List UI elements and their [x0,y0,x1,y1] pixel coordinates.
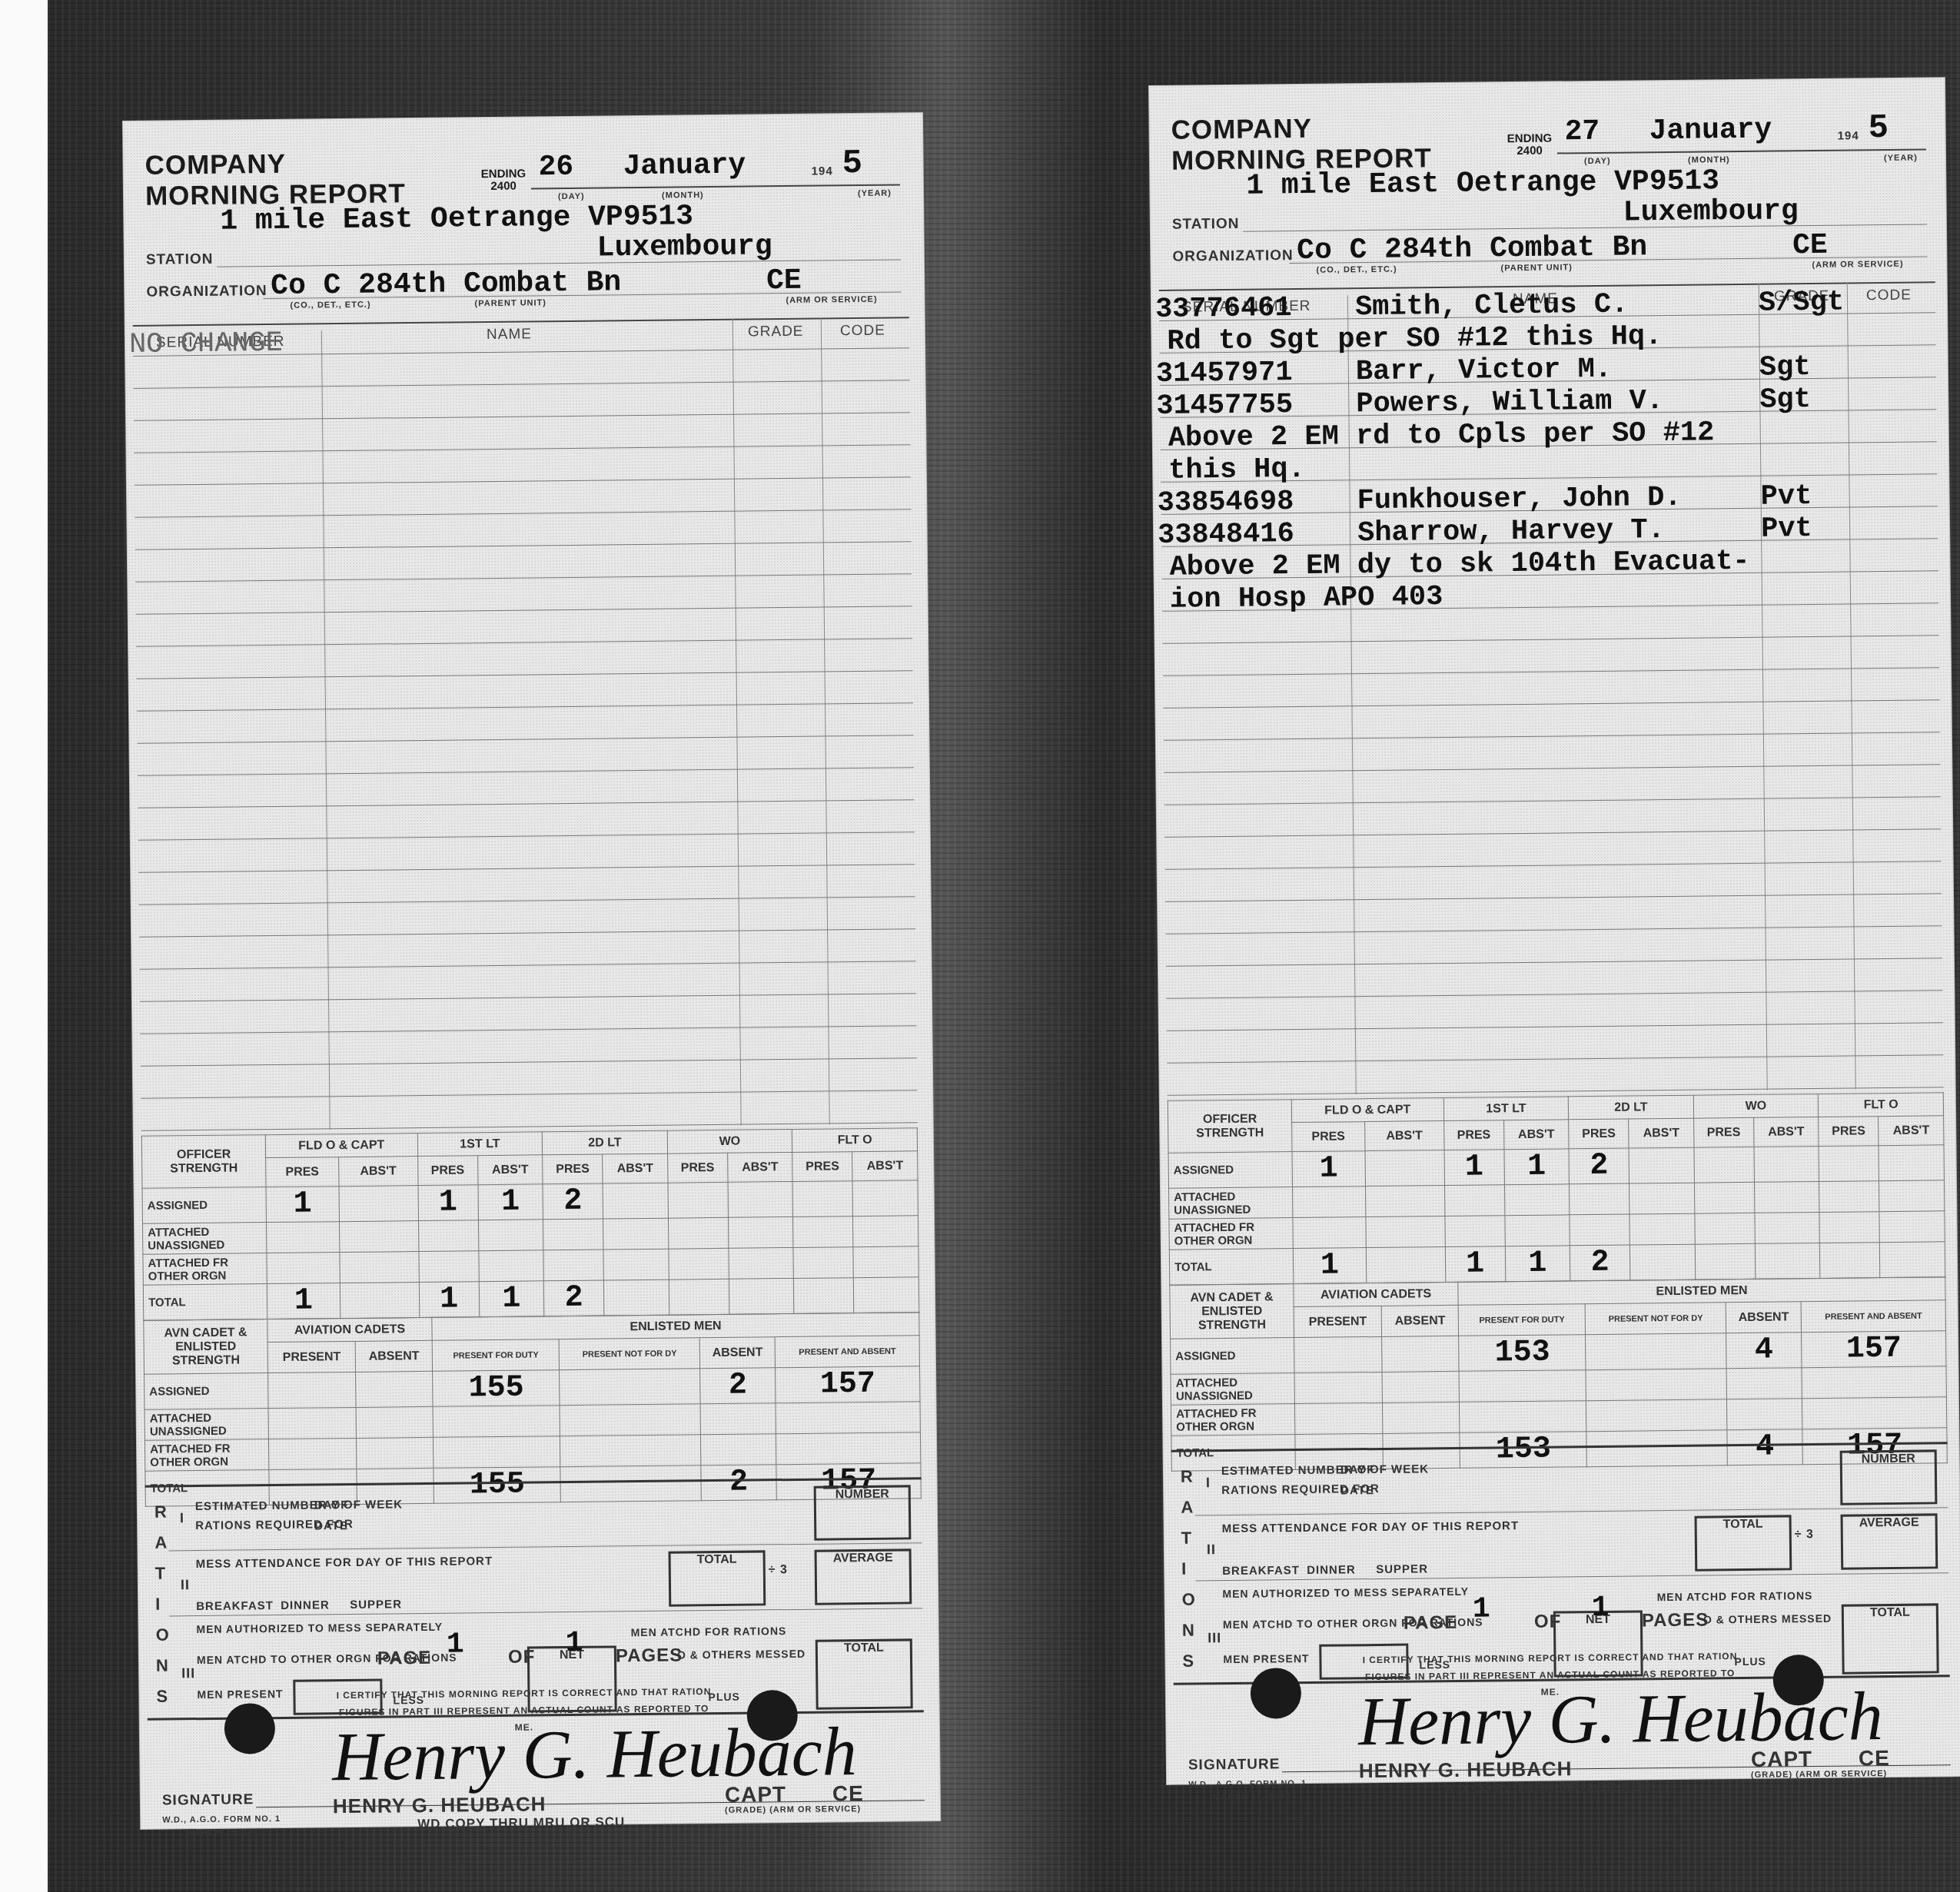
org-caption-parent: (PARENT UNIT) [1500,263,1573,273]
average-box: AVERAGE [1841,1513,1938,1569]
officer-count-cell [729,1278,794,1314]
officer-count-cell [669,1248,729,1280]
officer-count-cell [793,1247,853,1279]
signer-service: CE [1859,1746,1890,1771]
pages-label: PAGES [616,1645,683,1667]
enlisted-count-cell: 4 [1726,1333,1802,1369]
supper-label: SUPPER [1376,1562,1428,1576]
ruled-line [137,670,913,679]
officer-count-cell [1630,1244,1696,1280]
aviation-cadets-header: AVIATION CADETS [267,1317,432,1342]
soldier-grade: Pvt [1760,480,1812,513]
soldier-name: Powers, William V. [1356,385,1663,420]
enlisted-count-cell: 155 [433,1370,560,1407]
report-year-digit: 5 [842,144,862,183]
signer-grade: CAPT [725,1782,787,1807]
men-atchd-for-rations-label: MEN ATCHD FOR RATIONS [631,1625,787,1638]
pres-header: PRES [417,1156,477,1186]
officer-count-cell [1879,1211,1945,1243]
abst-header: ABS'T [603,1153,668,1183]
officer-count-cell [1820,1243,1880,1279]
ruled-line [135,444,911,453]
officer-count-cell: 1 [1504,1149,1570,1185]
officer-count-cell [728,1217,793,1248]
enlisted-count-cell: 153 [1459,1335,1586,1372]
org-caption-arm: (ARM OR SERVICE) [1812,260,1903,270]
ruled-line [1163,667,1939,676]
year-caption: (YEAR) [1884,154,1918,163]
enlisted-strength-table: AVN CADET & ENLISTED STRENGTHAVIATION CA… [1169,1276,1947,1472]
page-label: PAGE [377,1648,432,1670]
officer-count-cell [668,1217,728,1249]
ruled-line [137,735,913,744]
enlisted-count-cell [1802,1366,1946,1399]
report-day: 27 [1564,115,1600,148]
row-label: ASSIGNED [1171,1338,1294,1375]
officer-count-cell: 1 [1293,1248,1366,1284]
serial-number: 33848416 [1158,518,1294,552]
pres-header: PRES [667,1153,727,1183]
divide-by-three: ÷ 3 [769,1563,788,1577]
enlisted-subheader: PRESENT NOT FOR DY [560,1338,700,1370]
enlisted-subheader: PRESENT AND ABSENT [775,1336,919,1368]
officer-count-cell [339,1186,418,1222]
col-name: NAME [487,326,532,344]
station-line-2: Luxembourg [597,230,772,264]
date-line [531,184,900,189]
officer-count-cell [543,1250,603,1281]
ruled-line [138,799,914,808]
officer-count-cell [853,1216,919,1247]
ruled-line [1166,958,1942,967]
officer-count-cell [1445,1216,1505,1247]
ruled-line [138,831,915,841]
officer-count-cell [669,1279,729,1315]
enlisted-subheader: PRESENT NOT FOR DY [1586,1303,1726,1335]
enlisted-count-cell: 2 [699,1368,776,1404]
remark-line: Above 2 EM rd to Cpls per SO #12 [1168,417,1715,454]
officer-count-cell [1879,1145,1944,1181]
date-label: DATE [314,1519,348,1532]
enlisted-subheader: PRESENT FOR DUTY [1458,1304,1586,1336]
col-grade: GRADE [748,324,804,341]
men-present-label: MEN PRESENT [197,1688,283,1701]
org-caption-company: (CO., DET., ETC.) [1316,265,1397,275]
section-iii-label: III [1208,1630,1221,1646]
aviation-cadets-header: AVIATION CADETS [1294,1282,1458,1306]
enlisted-count-cell [560,1369,700,1406]
row-label: ASSIGNED [142,1187,266,1224]
enlisted-count-cell [434,1436,561,1469]
mess-total-box: TOTAL [669,1550,766,1606]
enlisted-subheader: ABSENT [699,1337,776,1369]
pres-header: PRES [1443,1120,1503,1150]
officer-count-cell: 2 [1569,1148,1629,1184]
ruled-line [138,767,914,776]
officer-count-cell: 1 [1444,1150,1504,1186]
row-label: TOTAL [143,1284,267,1321]
officer-count-cell [792,1181,852,1217]
officer-count-cell [1629,1213,1695,1245]
soldier-grade: Sgt [1759,351,1811,384]
officer-count-cell [1819,1146,1879,1182]
row-label: TOTAL [1169,1249,1293,1286]
officer-count-cell [1695,1243,1755,1280]
mess-total-box: TOTAL [1695,1515,1792,1571]
ruled-line [136,606,912,615]
remark-line: this Hq. [1168,453,1305,487]
officer-count-cell [340,1252,419,1283]
enlisted-count-cell [1382,1371,1459,1402]
rations-side-label: RATIONS [1181,1461,1198,1676]
organization-label: ORGANIZATION [146,283,267,301]
officer-strength-table: OFFICER STRENGTHFLD O & CAPT1ST LT2D LTW… [1168,1092,1945,1286]
average-box: AVERAGE [815,1548,912,1605]
pres-header: PRES [543,1154,603,1184]
soldier-grade: S/Sgt [1759,287,1844,320]
abst-header: ABS'T [852,1151,918,1181]
ruled-line [135,541,912,550]
of-label: OF [1534,1611,1562,1632]
ruled-line [137,702,913,712]
abst-header: ABS'T [1503,1120,1569,1150]
men-atchd-for-rations-label: MEN ATCHD FOR RATIONS [1657,1589,1813,1603]
enlisted-count-cell [700,1403,776,1435]
serial-number: 33854698 [1157,486,1294,519]
enlisted-count-cell [700,1434,776,1465]
enlisted-count-cell [357,1437,434,1469]
enlisted-count-cell [1726,1399,1802,1430]
ruled-line [1165,893,1942,902]
dinner-label: DINNER [1307,1563,1356,1577]
ruled-line [140,1025,916,1034]
year-prefix: 194 [812,164,833,178]
officer-count-cell: 1 [1292,1151,1365,1187]
row-label: ASSIGNED [145,1373,268,1410]
officer-group-header: 2D LT [543,1130,668,1155]
row-label: ATTACHED FR OTHER ORGN [145,1439,268,1472]
enlisted-subheader: ABSENT [355,1340,432,1372]
abst-header: ABS'T [1629,1118,1694,1148]
officer-count-cell [1293,1217,1366,1249]
enlisted-count-cell [1294,1372,1383,1403]
officer-count-cell [267,1253,340,1284]
day-caption: (DAY) [1584,157,1611,166]
officer-count-cell [1819,1181,1879,1213]
ruled-line [140,961,916,970]
officer-count-cell [1819,1212,1879,1243]
officer-count-cell [478,1220,543,1251]
number-box: NUMBER [814,1485,912,1540]
ruled-line [135,573,912,583]
officer-group-header: 1ST LT [417,1132,543,1157]
officer-count-cell [339,1221,418,1253]
enlisted-count-cell [560,1404,700,1436]
form-number: W.D., A.G.O. FORM NO. 1 [162,1814,281,1825]
supper-label: SUPPER [350,1598,402,1612]
form-number: W.D., A.G.O. FORM NO. 1 [1188,1779,1307,1790]
report-month: January [1649,114,1772,148]
abst-header: ABS'T [1879,1116,1944,1146]
officer-count-cell: 1 [478,1184,543,1220]
ending-label: ENDING2400 [1507,133,1553,158]
enlisted-subheader: ABSENT [1726,1302,1802,1333]
ruled-line [1164,764,1940,773]
org-caption-company: (CO., DET., ETC.) [290,300,370,310]
enlisted-strength-label: AVN CADET & ENLISTED STRENGTH [1170,1284,1294,1339]
morning-report-form: COMPANYMORNING REPORT ENDING2400 27 Janu… [1149,78,1960,1784]
officer-count-cell [603,1218,669,1250]
enlisted-count-cell [268,1407,357,1439]
ruled-line [139,896,915,905]
scan-margin [0,0,48,1892]
grade-caption: (GRADE) (ARM OR SERVICE) [1751,1769,1887,1780]
enlisted-subheader: PRESENT FOR DUTY [432,1339,560,1372]
ruled-line [140,993,916,1002]
form-date: MARCH 15, 1943 [1213,1792,1291,1802]
enlisted-count-cell [560,1435,701,1467]
enlisted-count-cell: 157 [776,1366,920,1403]
enlisted-count-cell [776,1432,921,1465]
copy-note: WD COPY THRU MRU OR SCU [417,1814,625,1832]
row-label: ASSIGNED [1168,1152,1292,1189]
of-label: OF [508,1646,536,1668]
officer-count-cell [1629,1147,1694,1183]
officer-group-header: FLT O [1819,1093,1944,1117]
breakfast-label: BREAKFAST [1222,1564,1300,1578]
officer-group-header: FLT O [792,1128,918,1153]
row-label: ATTACHED UNASSIGNED [145,1409,268,1441]
code-divider [821,317,830,1124]
soldier-grade: Sgt [1759,383,1811,417]
page-number: 1 [447,1628,464,1661]
row-label: ATTACHED UNASSIGNED [1169,1187,1293,1220]
ending-label: ENDING2400 [481,168,527,194]
ruled-line [135,509,911,518]
officer-count-cell [603,1249,669,1280]
enlisted-count-cell [1294,1336,1383,1373]
station-label: STATION [1172,216,1240,234]
row-label: ATTACHED FR OTHER ORGN [143,1253,267,1286]
officer-count-cell [1695,1213,1755,1244]
serial-number: 31457755 [1156,389,1293,423]
officer-group-header: 1ST LT [1443,1097,1569,1121]
binder-hole-left [224,1703,276,1754]
organization-label: ORGANIZATION [1172,247,1294,266]
enlisted-count-cell [1382,1336,1459,1372]
enlisted-count-cell [268,1438,357,1469]
officer-count-cell [1694,1182,1754,1213]
ruled-line [1167,1022,1943,1031]
officer-count-cell [852,1180,918,1217]
officer-count-cell [1570,1214,1629,1246]
section-ii-label: II [1207,1542,1216,1558]
form-date: MARCH 15, 1943 [187,1827,264,1837]
month-caption: (MONTH) [1688,155,1730,165]
officer-count-cell [1755,1243,1820,1279]
binder-hole-left [1251,1668,1302,1719]
month-caption: (MONTH) [662,191,704,201]
enlisted-count-cell [1802,1397,1947,1429]
remark-line: ion Hosp APO 403 [1170,581,1443,616]
officer-count-cell [1754,1146,1819,1182]
breakfast-label: BREAKFAST [196,1599,274,1613]
org-caption-parent: (PARENT UNIT) [474,298,546,308]
ruled-line [134,380,910,389]
year-caption: (YEAR) [858,189,892,198]
officer-count-cell [668,1182,728,1218]
enlisted-count-cell [1460,1401,1587,1433]
officer-count-cell: 2 [543,1183,603,1220]
enlisted-count-cell [1586,1333,1726,1370]
officer-count-cell [543,1219,603,1250]
grade-divider [733,319,742,1126]
officer-count-cell [603,1183,668,1219]
enlisted-count-cell [433,1406,560,1438]
dinner-label: DINNER [281,1598,330,1612]
rations-side-label: RATIONS [154,1496,172,1711]
ruled-line [1163,699,1939,709]
enlisted-count-cell [356,1406,433,1438]
officer-strength-label: OFFICER STRENGTH [141,1135,266,1189]
ration-total-box: TOTAL [816,1638,913,1709]
pres-header: PRES [1569,1119,1629,1149]
number-box: NUMBER [1840,1449,1938,1505]
pres-header: PRES [1693,1117,1753,1147]
men-authorized-label: MEN AUTHORIZED TO MESS SEPARATELY [1222,1585,1469,1600]
officer-count-cell: 1 [479,1281,544,1317]
ruled-line [1164,732,1940,741]
day-of-week-label: DAY OF WEEK [1340,1462,1429,1476]
serial-number: 31457971 [1156,357,1293,390]
ration-total-box: TOTAL [1842,1603,1939,1674]
officer-count-cell [1755,1212,1820,1243]
enlisted-count-cell [776,1402,920,1434]
section-ii-label: II [181,1577,190,1593]
officer-count-cell: 1 [266,1187,339,1223]
enlisted-count-cell [268,1372,357,1408]
serial-number: 33776461 [1155,292,1292,326]
pres-header: PRES [1292,1122,1365,1152]
enlisted-count-cell [1586,1399,1727,1432]
date-line [1557,148,1926,154]
ruled-line [1164,796,1941,805]
form-title: COMPANYMORNING REPORT [145,148,406,212]
copy-note: WD COPY THRU MRU OR SCU [1443,1779,1651,1797]
officer-count-cell [604,1280,669,1316]
row-label: ATTACHED UNASSIGNED [143,1223,267,1255]
officer-count-cell [1694,1147,1754,1183]
officer-strength-table: OFFICER STRENGTHFLD O & CAPT1ST LT2D LTW… [141,1127,919,1321]
morning-report-form: COMPANYMORNING REPORT ENDING2400 26 Janu… [123,113,940,1829]
abst-header: ABS'T [727,1152,792,1182]
officer-count-cell [1629,1183,1695,1214]
section-i-label: I [180,1510,184,1526]
report-day: 26 [538,151,573,184]
officer-count-cell: 1 [419,1282,479,1318]
officer-count-cell [794,1278,854,1314]
ruled-line [1166,990,1942,999]
signer-grade: CAPT [1751,1747,1813,1772]
officer-count-cell: 2 [544,1280,604,1316]
officer-count-cell [267,1222,340,1253]
officer-group-header: FLD O & CAPT [265,1134,417,1158]
enlisted-count-cell [1586,1369,1726,1401]
officer-count-cell [1879,1180,1945,1212]
report-month: January [623,149,746,184]
day-of-week-label: DAY OF WEEK [314,1498,403,1512]
row-label: ATTACHED FR OTHER ORGN [1171,1404,1294,1436]
divide-by-three: ÷ 3 [1795,1528,1814,1542]
o-others-messed-label: O & OTHERS MESSED [677,1648,806,1661]
report-year-digit: 5 [1868,109,1889,148]
officer-count-cell [1293,1187,1366,1218]
officer-count-cell [340,1283,419,1319]
o-others-messed-label: O & OTHERS MESSED [1703,1612,1832,1626]
code-divider [1847,282,1856,1089]
ruled-line [141,1090,917,1099]
section-iii-label: III [181,1665,195,1681]
total-pages: 1 [566,1627,583,1660]
officer-count-cell [1570,1183,1629,1215]
ruled-line [138,864,915,873]
abst-header: ABS'T [338,1157,417,1187]
officer-count-cell [1365,1186,1444,1217]
org-caption-arm: (ARM OR SERVICE) [786,295,877,305]
col-code: CODE [840,323,885,340]
officer-count-cell: 1 [1445,1246,1505,1283]
enlisted-count-cell [1459,1370,1586,1402]
soldier-name: Sharrow, Harvey T. [1357,514,1665,549]
enlisted-count-cell [1726,1368,1802,1399]
officer-count-cell [729,1247,794,1279]
ruled-line [141,1057,917,1067]
officer-count-cell [854,1277,919,1313]
officer-count-cell [793,1217,853,1248]
soldier-grade: Pvt [1761,513,1812,546]
form-title: COMPANYMORNING REPORT [1171,112,1432,177]
signer-name-typed: HENRY G. HEUBACH [333,1792,546,1818]
officer-count-cell [1504,1184,1570,1216]
officer-count-cell [1754,1181,1819,1213]
officer-count-cell [419,1251,479,1283]
remark-line: Rd to Sgt per SO #12 this Hq. [1167,320,1662,358]
ruled-line [139,928,915,938]
enlisted-subheader: PRESENT AND ABSENT [1801,1300,1945,1333]
officer-count-cell [1366,1247,1445,1283]
soldier-name: Smith, Cletus C. [1355,288,1629,324]
pres-header: PRES [792,1152,852,1182]
row-label: ATTACHED FR OTHER ORGN [1169,1218,1293,1250]
soldier-name: Funkhouser, John D. [1357,482,1681,517]
officer-count-cell [1365,1150,1444,1187]
grade-caption: (GRADE) (ARM OR SERVICE) [725,1804,861,1815]
enlisted-subheader: PRESENT [1294,1306,1382,1337]
signature-label: SIGNATURE [1188,1756,1281,1774]
signer-name-typed: HENRY G. HEUBACH [1359,1757,1573,1783]
abst-header: ABS'T [1753,1117,1819,1147]
officer-count-cell [479,1250,544,1282]
total-pages: 1 [1592,1592,1610,1625]
day-caption: (DAY) [558,192,585,201]
officer-group-header: FLD O & CAPT [1291,1098,1443,1123]
officer-count-cell [728,1181,793,1217]
section-i-label: I [1206,1475,1211,1491]
pres-header: PRES [1819,1117,1879,1147]
ruled-line [1166,925,1942,934]
officer-count-cell: 2 [1570,1245,1630,1281]
signer-service: CE [832,1781,864,1806]
